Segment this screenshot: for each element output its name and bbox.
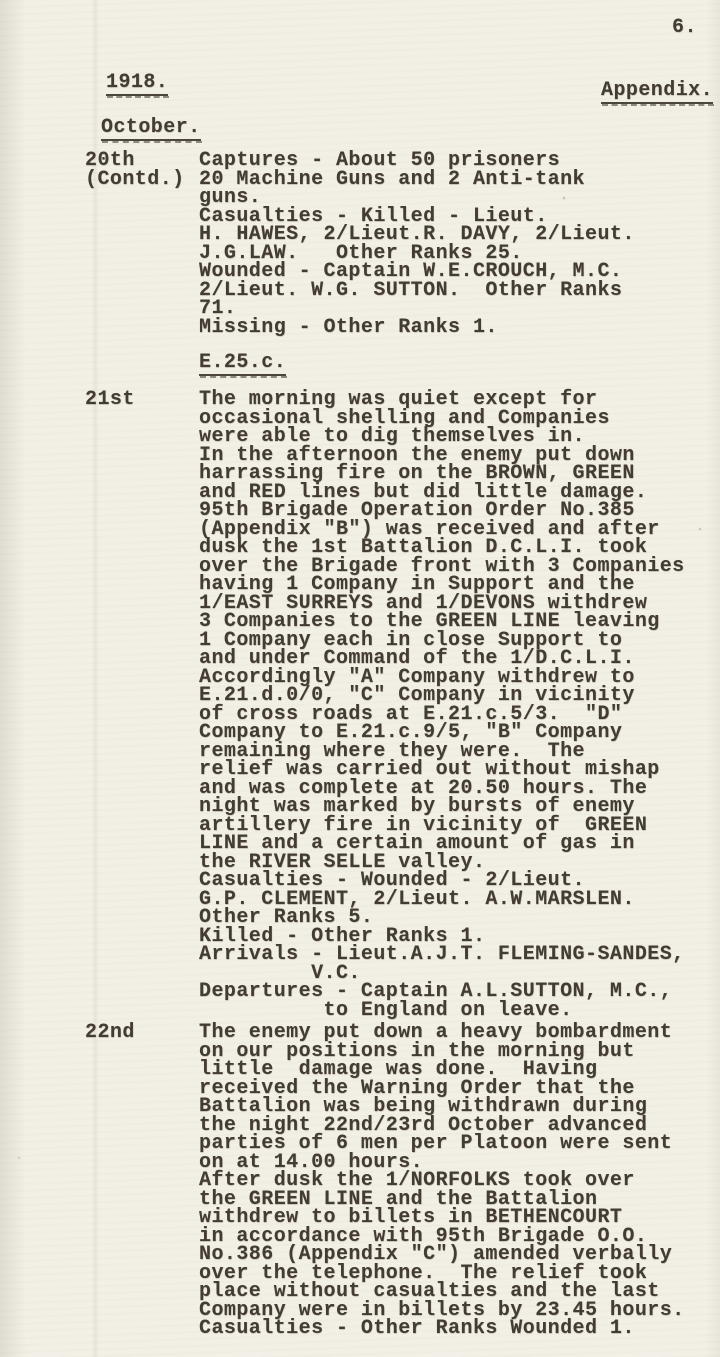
entry-line: to England on leave. bbox=[199, 1002, 685, 1021]
scanned-diary-page: 6. 1918. Appendix. October. 20th(Contd.)… bbox=[0, 0, 720, 1357]
month-heading: October. bbox=[101, 119, 201, 141]
entry-line: Casualties - Other Ranks Wounded 1. bbox=[199, 1320, 685, 1339]
entry-line: Missing - Other Ranks 1. bbox=[199, 319, 635, 338]
entry-date-line: (Contd.) bbox=[85, 171, 185, 190]
entry-body: The enemy put down a heavy bombardmenton… bbox=[199, 1024, 685, 1339]
entry-line: 2/Lieut. W.G. SUTTON. Other Ranks bbox=[199, 282, 635, 301]
entry-date: 22nd bbox=[85, 1024, 135, 1043]
entry-date: 21st bbox=[85, 391, 135, 410]
appendix-heading: Appendix. bbox=[601, 82, 713, 104]
entry-body: Captures - About 50 prisoners20 Machine … bbox=[199, 152, 635, 337]
entry-body: The morning was quiet except foroccasion… bbox=[199, 391, 685, 1020]
entry-date: 20th(Contd.) bbox=[85, 152, 185, 189]
entry-date-line: 22nd bbox=[85, 1024, 135, 1043]
entry-line: 20 Machine Guns and 2 Anti-tank bbox=[199, 171, 635, 190]
year-heading: 1918. bbox=[106, 74, 168, 96]
map-reference-heading: E.25.c. bbox=[199, 354, 286, 376]
entry-date-line: 21st bbox=[85, 391, 135, 410]
page-number: 6. bbox=[672, 19, 697, 38]
scan-speck-noise bbox=[0, 0, 2, 2]
